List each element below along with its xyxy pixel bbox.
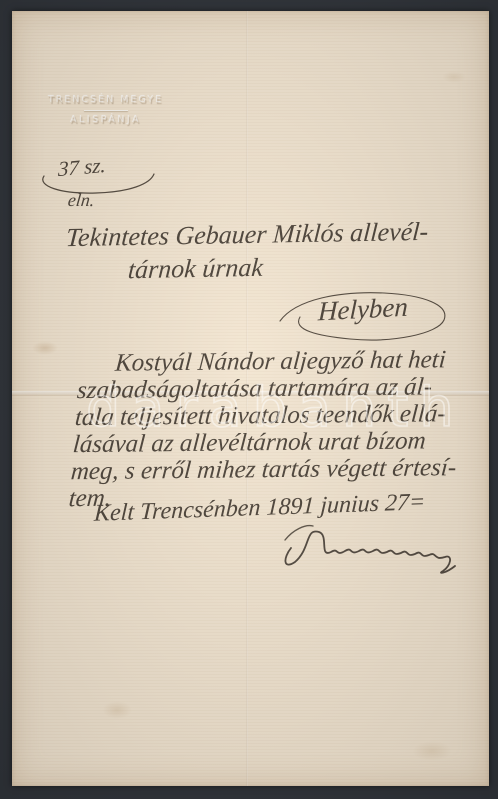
embossed-official-stamp: TRENCSÉN MEGYE ALISPÁNJA: [36, 95, 176, 126]
body-line: szabadságoltatása tartamára az ál-: [76, 373, 490, 404]
age-spot: [442, 71, 466, 83]
docket-department: eln.: [67, 190, 96, 211]
body-line: Kostyál Nándor aljegyző hat heti: [114, 346, 492, 377]
age-spot: [412, 741, 452, 761]
age-spot: [32, 341, 58, 355]
address-place: Helyben: [318, 292, 409, 328]
docket-underline-flourish: [36, 171, 158, 197]
letter-paper: TRENCSÉN MEGYE ALISPÁNJA 37 sz. eln. Tek…: [12, 11, 489, 786]
stamp-divider-rule: [84, 110, 128, 111]
body-line: lásával az allevéltárnok urat bízom: [72, 427, 486, 458]
address-line-1: Tekintetes Gebauer Miklós allevél-: [65, 217, 429, 253]
stamp-county-name: TRENCSÉN MEGYE: [36, 95, 176, 106]
signature-scrawl: [275, 516, 483, 574]
scanned-letter-photo: TRENCSÉN MEGYE ALISPÁNJA 37 sz. eln. Tek…: [0, 0, 498, 799]
age-spot: [102, 701, 132, 719]
body-line: tala teljesített hivatalos teendők ellá-: [74, 400, 488, 431]
stamp-office-name: ALISPÁNJA: [36, 115, 176, 126]
address-line-2: tárnok úrnak: [127, 253, 264, 285]
letter-body: Kostyál Nándor aljegyző hat heti szabads…: [68, 346, 492, 512]
body-line: meg, s erről mihez tartás végett értesí-: [70, 454, 484, 485]
